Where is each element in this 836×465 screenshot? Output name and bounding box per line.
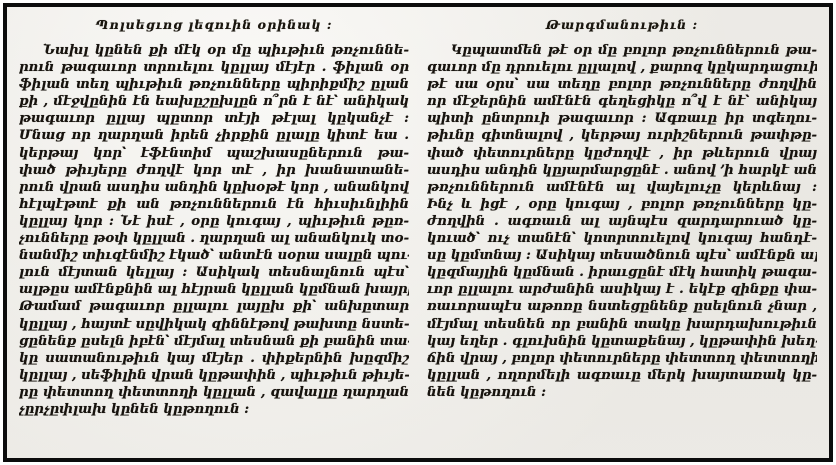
text-line: րուն վրան ասդիս անդին կըխօթէ կոր , անանկ… (19, 179, 409, 196)
scanned-page: Պոլսեցւոց լեզուին օրինակ : Նախլ կընեն քի… (0, 0, 836, 465)
text-line: կը սատանութիւն կայ մէյեր . փիքերնին խըզմ… (19, 350, 409, 367)
text-line: նանմիշ տիւզէնմիշ էկած՝ անտէն սօրա սալըն … (19, 247, 409, 264)
text-line: հէլպէթտէ քի ան թռչուններուն էն հիւսիւնլի… (19, 196, 409, 213)
text-line: փած թիւյերը ժողվէ կոր տէ , իր խանատանե- (19, 162, 409, 179)
text-line: ալթըս ամէնքնին ալ հէյրան կըլլան կըմնան խ… (19, 281, 409, 298)
text-line: Նախլ կընեն քի մէկ օր մը պիւթիւն թռչուննե… (19, 42, 409, 59)
text-line: թիւնը գիտնալով , կերթայ ուրիշներուն թափթ… (427, 127, 817, 144)
right-column-header: Թարգմանութիւն : (427, 17, 817, 32)
text-line: թէ սա օրս՝ սա տեղը բոլոր թռչունները ժողվ… (427, 76, 817, 93)
text-line: կըզմայլին կըմնան . իրաւցընէ մէկ հատիկ թա… (427, 264, 817, 281)
text-line: քի , մէջվընին էն եախըշըխլըն ո՞րն է նէ՝ ա… (19, 93, 409, 110)
left-column-header: Պոլսեցւոց լեզուին օրինակ : (19, 17, 409, 32)
text-line: որ մէջերնին ամէնէն գեղեցիկը ո՞վ է նէ՝ ան… (427, 93, 817, 110)
left-column-dialect-text: Պոլսեցւոց լեզուին օրինակ : Նախլ կընեն քի… (19, 15, 409, 452)
right-column-translation-text: Թարգմանութիւն : Կըպատմեն թէ օր մը բոլոր … (427, 15, 817, 452)
text-line: րը փետտող փետտողի կըլլան , զավալլը ղարղա… (19, 384, 409, 401)
text-line: Թամամ թագաւոր ըլլալու լայըխ քի՝ անխըտար (19, 298, 409, 315)
right-column-body: Կըպատմեն թէ օր մը բոլոր թռչուններուն թա-… (427, 42, 817, 401)
text-line: թռչուններուն ամէնէն ալ վայելուչը կերևնայ… (427, 179, 817, 196)
text-line: ֆիլան տեղ պիւթիւն թռչունները պիրիքմիշ ըլ… (19, 76, 409, 93)
text-line: Մնաց որ ղարղան իրեն չիրքին ըլալը կիտէ եա… (19, 127, 409, 144)
text-line: թագաւոր ըլլայ պըտոր տէյի թէլալ կըկանչէ : (19, 110, 409, 127)
text-line: Ինչ և իցէ , օրը կուգայ , բոլոր թռչուններ… (427, 196, 817, 213)
text-line: մէյմալ տեսնեն որ բանին տակը խարդախութիւն (427, 316, 817, 333)
text-line: կուած՝ ուչ տանէն՝ կոտրտուելով կուգայ հան… (427, 230, 817, 247)
text-line: սը կըմտնայ : Ասիկայ տեսածնուն պէս՝ ամէնք… (427, 247, 817, 264)
text-line: ճին վրայ , բոլոր փետուրները փետտող փետտո… (427, 350, 817, 367)
text-line: գաւոր մը դրուելու ըլլալով , քարոզ կըկարդ… (427, 59, 817, 76)
text-line: կայ եղեր . գլուխնին կըտաքենայ , կըթափին … (427, 333, 817, 350)
text-line: ռաւորապէս աթոռը նստեցընենք ըսելնուն չնար… (427, 298, 817, 315)
text-line: կըլլայ , հայտէ սըվիկակ զիննէթով թախտը նս… (19, 316, 409, 333)
text-line: չըրչըփլախ կընեն կըթողուն : (19, 401, 409, 418)
text-line: ցընենք ըսելն իբէն՝ մէյմալ տեսնան քի բանի… (19, 333, 409, 350)
text-line: Կըպատմեն թէ օր մը բոլոր թռչուններուն թա- (427, 42, 817, 59)
text-line: կըլլայ կոր : Նէ իսէ , օրը կուգայ , պիւթի… (19, 213, 409, 230)
left-column-body: Նախլ կընեն քի մէկ օր մը պիւթիւն թռչուննե… (19, 42, 409, 418)
page-border-frame: Պոլսեցւոց լեզուին օրինակ : Նախլ կընեն քի… (3, 3, 833, 462)
text-line: փած փետուրները կըժողվէ , իր թևերուն վրայ (427, 145, 817, 162)
text-line: ժողվին . ագռաւն ալ այնպէս զարդարուած կը- (427, 213, 817, 230)
text-line: լուն մէյտան կելլայ : Ասիկակ տեսնալնուն պ… (19, 264, 409, 281)
text-line: չունները թօփ կըլլան . ղարղան ալ անանկուկ… (19, 230, 409, 247)
text-line: նեն կըթողուն : (427, 384, 817, 401)
text-line: րուն թագաւոր տրուելու կըլլայ մէյէր . ֆիլ… (19, 59, 409, 76)
text-line: պիտի ընտրուի թագաւոր : Ագռաւը իր տգեղու- (427, 110, 817, 127)
text-line: կըլլայ , սեֆիլին վրան կըթափին , պիւթիւն … (19, 367, 409, 384)
text-line: ւոր ըլլալու արժանին ասիկայ է . եկէք զինք… (427, 281, 817, 298)
text-line: ասդիս անդին կըյարմարցընէ . անով ՚ի հարկէ… (427, 162, 817, 179)
text-line: կըլլան , ողորմելի ագռաւը մերկ խայտառակ կ… (427, 367, 817, 384)
text-line: կերթայ կոր՝ էֆէնտիմ պաշխասըներուն թա- (19, 145, 409, 162)
